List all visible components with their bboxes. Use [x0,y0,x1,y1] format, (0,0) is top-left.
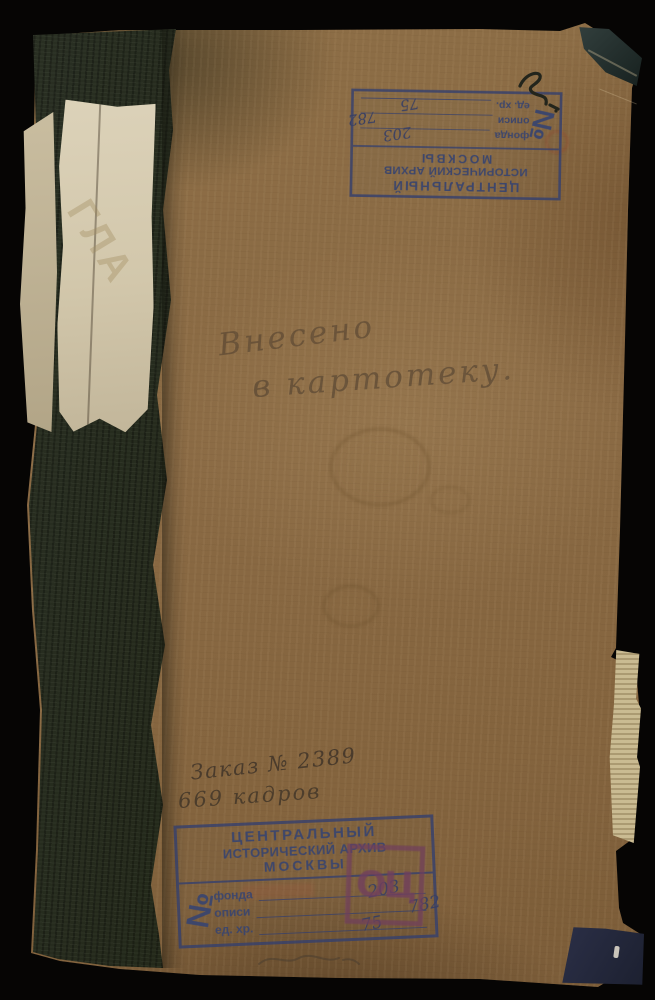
fond-number: 203 [382,123,413,144]
label-ghost-text: ГЛА [56,190,144,295]
special-value-stamp: ОЦ [345,844,426,927]
ed-hr-field: ед. хр. 75 [361,98,530,113]
archive-stamp-title: ЦЕНТРАЛЬНЫЙ ИСТОРИЧЕСКИЙ АРХИВ МОСКВЫ [352,145,559,198]
opis-field-line: 782 [360,112,492,127]
opis-field-label: описи [214,904,251,920]
fond-field-line: 203 [360,127,489,142]
ed-hr-field-label: ед. хр. [215,921,254,937]
ed-hr-number: 75 [398,94,419,114]
water-stain-ring [430,486,470,514]
archive-stamp-fields: фонда 203 описи 782 ед. хр. [360,98,530,146]
fond-field: фонда 203 [360,127,529,142]
ed-hr-field-line: 75 [361,98,491,113]
spine-label: ГЛА [56,100,155,433]
pencil-scribble [255,946,365,972]
photo-stage: ГЛА ЦЕНТРАЛЬНЫЙ ИСТОРИЧЕСКИЙ АРХИВ МОСКВ… [0,0,655,1000]
opis-number: 782 [347,107,378,128]
numero-sign: № [182,895,217,930]
ink-scribble [512,64,566,114]
special-value-stamp-text: ОЦ [355,863,414,906]
water-stain-ring [330,428,430,506]
water-stain-ring [323,585,379,627]
spine-label-torn-edge [20,112,57,432]
